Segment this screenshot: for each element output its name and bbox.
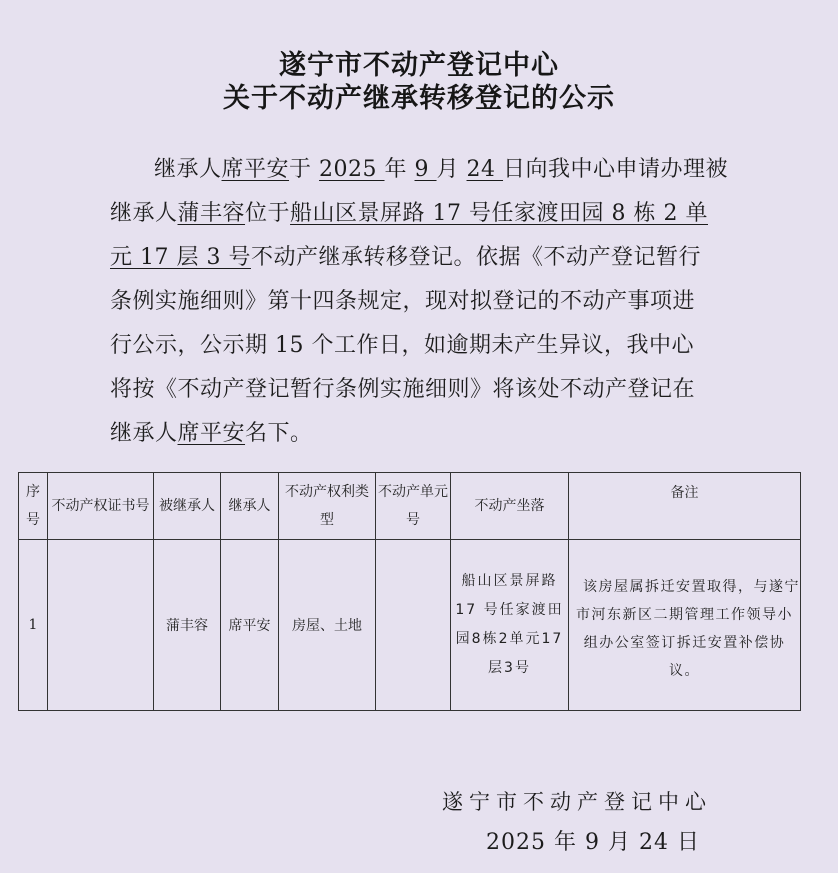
underlined-field: 席平安 — [222, 157, 290, 182]
header-seq: 序号 — [19, 473, 48, 540]
body-line: 继承人席平安于 2025 年 9 月 24 日向我中心申请办理被 — [110, 148, 710, 192]
header-right-type: 不动产权利类型 — [279, 473, 376, 540]
body-line: 元 17 层 3 号不动产继承转移登记。依据《不动产登记暂行 — [110, 236, 710, 280]
body-text-segment: 于 — [289, 157, 319, 182]
property-table: 序号 不动产权证书号 被继承人 继承人 不动产权利类型 不动产单元号 不动产坐落… — [18, 472, 801, 711]
underlined-field: 24 — [467, 157, 504, 182]
header-cert: 不动产权证书号 — [48, 473, 154, 540]
body-text-segment: 继承人 — [110, 421, 178, 446]
body-line: 继承人席平安名下。 — [110, 412, 710, 456]
body-text-segment: 年 — [385, 157, 415, 182]
header-decedent: 被继承人 — [154, 473, 221, 540]
body-text-segment: 行公示，公示期 15 个工作日，如逾期未产生异议，我中心 — [110, 333, 694, 358]
cell-cert — [48, 540, 154, 711]
underlined-field: 9 — [415, 157, 437, 182]
body-text-segment: 继承人 — [154, 157, 222, 182]
cell-seq: 1 — [19, 540, 48, 711]
cell-unit-no — [376, 540, 451, 711]
body-text-segment: 位于 — [245, 201, 290, 226]
cell-heir: 席平安 — [221, 540, 279, 711]
title-line-2: 关于不动产继承转移登记的公示 — [0, 76, 838, 115]
body-line: 继承人蒲丰容位于船山区景屏路 17 号任家渡田园 8 栋 2 单 — [110, 192, 710, 236]
cell-location: 船山区景屏路 17 号任家渡田 园8栋2单元17 层3号 — [451, 540, 569, 711]
header-remark: 备注 — [569, 473, 801, 540]
underlined-field: 蒲丰容 — [178, 201, 246, 226]
table-header-row: 序号 不动产权证书号 被继承人 继承人 不动产权利类型 不动产单元号 不动产坐落… — [19, 473, 801, 540]
body-line: 行公示，公示期 15 个工作日，如逾期未产生异议，我中心 — [110, 324, 710, 368]
cell-remark: 该房屋属拆迁安置取得，与遂宁市河东新区二期管理工作领导小组办公室签订拆迁安置补偿… — [569, 540, 801, 711]
body-text-segment: 不动产继承转移登记。依据《不动产登记暂行 — [251, 245, 701, 270]
header-heir: 继承人 — [221, 473, 279, 540]
body-text-segment: 日向我中心申请办理被 — [503, 157, 728, 182]
notice-page: 遂宁市不动产登记中心 关于不动产继承转移登记的公示 继承人席平安于 2025 年… — [0, 0, 838, 873]
header-unit-no: 不动产单元号 — [376, 473, 451, 540]
underlined-field: 元 17 层 3 号 — [110, 245, 251, 270]
cell-right-type: 房屋、土地 — [279, 540, 376, 711]
body-line: 条例实施细则》第十四条规定，现对拟登记的不动产事项进 — [110, 280, 710, 324]
underlined-field: 船山区景屏路 17 号任家渡田园 8 栋 2 单 — [290, 201, 708, 226]
signature-date: 2025 年 9 月 24 日 — [486, 825, 838, 856]
body-text-segment: 条例实施细则》第十四条规定，现对拟登记的不动产事项进 — [110, 289, 695, 314]
body-line: 将按《不动产登记暂行条例实施细则》将该处不动产登记在 — [110, 368, 710, 412]
body-text-segment: 月 — [437, 157, 467, 182]
header-location: 不动产坐落 — [451, 473, 569, 540]
underlined-field: 席平安 — [178, 421, 246, 446]
signature-org: 遂宁市不动产登记中心 — [442, 786, 838, 816]
table-row: 1 蒲丰容 席平安 房屋、土地 船山区景屏路 17 号任家渡田 园8栋2单元17… — [19, 540, 801, 711]
body-text-segment: 继承人 — [110, 201, 178, 226]
body-text-segment: 名下。 — [245, 421, 313, 446]
body-text-segment: 将按《不动产登记暂行条例实施细则》将该处不动产登记在 — [110, 377, 695, 402]
cell-decedent: 蒲丰容 — [154, 540, 221, 711]
notice-body: 继承人席平安于 2025 年 9 月 24 日向我中心申请办理被继承人蒲丰容位于… — [110, 148, 710, 456]
underlined-field: 2025 — [319, 157, 384, 182]
